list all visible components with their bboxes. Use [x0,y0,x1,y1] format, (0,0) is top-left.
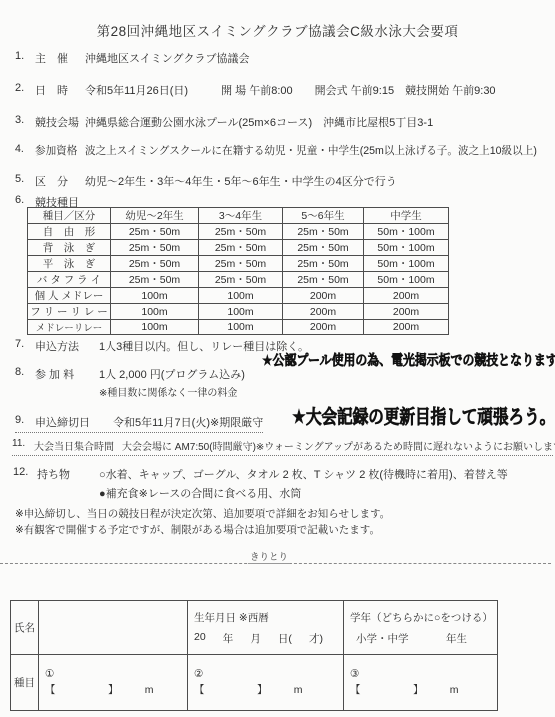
form-name-label: 氏名 [11,601,39,655]
event-distance: 25m・50m [111,272,199,288]
grade-year-label: 年生 [446,631,467,646]
item-number: 5. [15,173,35,189]
item-meeting-time: 11. 大会当日集合時間 大会会場に AM7:50(時間厳守)※ウォーミングアッ… [12,438,553,456]
item-number: 2. [15,82,35,98]
event-distance: 25m・50m [199,256,283,272]
item-entry-deadline: 9. 申込締切日 令和5年11月7日(火)※期限厳守 [15,410,263,433]
item-value: 大会会場に AM7:50(時間厳守)※ウォーミングアップがあるため時間に遅れない… [122,438,555,453]
event-distance: 200m [364,288,449,304]
item-host: 1. 主 催 沖縄地区スイミングクラブ協議会 [0,50,250,66]
event-distance: 25m・50m [111,224,199,240]
event-distance: 100m [199,288,283,304]
item-label: 参 加 料 [35,366,99,382]
form-event-slot-2: ② 【 】 m [188,655,344,711]
events-row-freestyle: 自 由 形 25m・50m 25m・50m 25m・50m 50m・100m [28,224,449,240]
events-header-cell: 3～4年生 [199,208,283,224]
star-note-certified-pool: ★公認プール使用の為、電光掲示板での競技となります。 [262,350,555,370]
event-name: フ リ ー リ レ ー [28,304,111,320]
item-label: 競技会場 [35,114,85,130]
item-value: 沖縄地区スイミングクラブ協議会 [85,50,250,66]
event-name: 自 由 形 [28,224,111,240]
form-row-events: 種目 ① 【 】 m ② 【 】 m ③ 【 】 m [11,655,498,711]
item-number: 12. [13,466,37,501]
events-header-cell: 幼児～2年生 [111,208,199,224]
events-row-breaststroke: 平 泳 ぎ 25m・50m 25m・50m 25m・50m 50m・100m [28,256,449,272]
event-distance: 50m・100m [364,240,449,256]
footnote-spectators: ※有観客で開催する予定ですが、制限がある場合は追加要項で記載いたます。 [15,522,380,537]
form-birth-fields: 20 年 月 日( 才) [194,631,337,646]
item-number: 3. [15,114,35,130]
event-distance: 25m・50m [283,240,364,256]
event-distance: 200m [283,304,364,320]
item-label: 申込締切日 [35,414,113,430]
event-distance: 100m [111,304,199,320]
event-distance: 100m [111,288,199,304]
item-number: 4. [15,143,35,158]
event-distance: 50m・100m [364,256,449,272]
events-row-medley-relay: メドレーリレー 100m 100m 200m 200m [28,320,449,335]
event-distance: 25m・50m [283,272,364,288]
item-label: 持ち物 [37,466,99,501]
event-distance: 25m・50m [283,224,364,240]
event-distance: 25m・50m [199,272,283,288]
item-number: 11. [12,438,34,453]
item-value: 幼児～2年生・3年～4年生・5年～6年生・中学生の4区分で行う [85,173,397,189]
form-row-identity: 氏名 生年月日 ※西暦 20 年 月 日( 才) 学年（どちらかに○をつける） … [11,601,498,655]
birth-month-label: 月 [250,631,261,646]
event-distance: 100m [199,304,283,320]
slot-bracket-line: 【 】 m [45,682,181,697]
birth-year-label: 年 [223,631,234,646]
form-birth-cell: 生年月日 ※西暦 20 年 月 日( 才) [188,601,344,655]
event-distance: 25m・50m [199,240,283,256]
item-label: 申込方法 [35,338,99,354]
event-distance: 100m [199,320,283,335]
entry-fee-note: ※種目数に関係なく一律の料金 [99,384,237,399]
belongings-line-2: ●補充食※レースの合間に食べる用、水筒 [99,485,508,501]
item-number: 1. [15,50,35,66]
events-row-individual-medley: 個 人 メドレー 100m 100m 200m 200m [28,288,449,304]
slot-number: ② [194,668,337,680]
event-distance: 25m・50m [111,256,199,272]
event-distance: 200m [283,288,364,304]
item-venue: 3. 競技会場 沖縄県総合運動公園水泳プール(25m×6コース) 沖縄市比屋根5… [0,114,433,130]
event-distance: 50m・100m [364,272,449,288]
item-label: 区 分 [35,173,85,189]
item-datetime: 2. 日 時 令和5年11月26日(日) 開 場 午前8:00 開会式 午前9:… [0,82,496,98]
event-name: 背 泳 ぎ [28,240,111,256]
item-number: 8. [15,366,35,382]
item-label: 日 時 [35,82,85,98]
item-label: 主 催 [35,50,85,66]
item-value: 1人 2,000 円(プログラム込み) [99,366,245,382]
events-header-row: 種目／区分 幼児～2年生 3～4年生 5～6年生 中学生 [28,208,449,224]
form-event-slot-1: ① 【 】 m [39,655,188,711]
slot-bracket-line: 【 】 m [194,682,337,697]
birth-day-label: 日( [278,631,292,646]
item-label: 参加資格 [35,143,85,158]
events-table: 種目／区分 幼児～2年生 3～4年生 5～6年生 中学生 自 由 形 25m・5… [27,207,449,335]
event-distance: 25m・50m [283,256,364,272]
item-label: 大会当日集合時間 [34,438,122,453]
belongings-lines: ○水着、キャップ、ゴーグル、タオル 2 枚、T シャツ 2 枚(待機時に着用)、… [99,466,508,501]
event-distance: 200m [283,320,364,335]
event-distance: 25m・50m [199,224,283,240]
event-distance: 100m [111,320,199,335]
form-event-slot-3: ③ 【 】 m [344,655,498,711]
item-eligibility: 4. 参加資格 波之上スイミングスクールに在籍する幼児・児童・中学生(25m以上… [0,143,537,158]
form-name-blank [39,601,188,655]
events-header-cell: 中学生 [364,208,449,224]
events-header-cell: 5～6年生 [283,208,364,224]
item-value: 令和5年11月7日(火)※期限厳守 [113,414,263,430]
event-distance: 50m・100m [364,224,449,240]
events-row-free-relay: フ リ ー リ レ ー 100m 100m 200m 200m [28,304,449,320]
birth-year-prefix: 20 [194,631,206,646]
item-value: 波之上スイミングスクールに在籍する幼児・児童・中学生(25m以上泳げる子。波之上… [85,143,537,158]
footnote-schedule: ※申込締切し、当日の競技日程が決定次第、追加要項で詳細をお知らせします。 [15,506,390,521]
events-header-cell: 種目／区分 [28,208,111,224]
form-grade-title: 学年（どちらかに○をつける） [350,610,491,625]
slot-number: ③ [350,668,491,680]
scanned-document: 第28回沖縄地区スイミングクラブ協議会C級水泳大会要項 1. 主 催 沖縄地区ス… [0,0,555,717]
events-row-backstroke: 背 泳 ぎ 25m・50m 25m・50m 25m・50m 50m・100m [28,240,449,256]
item-belongings: 12. 持ち物 ○水着、キャップ、ゴーグル、タオル 2 枚、T シャツ 2 枚(… [0,466,508,501]
item-value: 沖縄県総合運動公園水泳プール(25m×6コース) 沖縄市比屋根5丁目3-1 [85,114,433,130]
event-name: バ タ フ ラ イ [28,272,111,288]
item-number: 7. [15,338,35,354]
birth-age-label: 才) [309,631,323,646]
item-number: 9. [15,414,35,430]
deadline-line: 9. 申込締切日 令和5年11月7日(火)※期限厳守 [15,414,263,433]
form-grade-cell: 学年（どちらかに○をつける） 小学・中学 年生 [344,601,498,655]
event-name: メドレーリレー [28,320,111,335]
events-row-butterfly: バ タ フ ラ イ 25m・50m 25m・50m 25m・50m 50m・10… [28,272,449,288]
entry-form-table: 氏名 生年月日 ※西暦 20 年 月 日( 才) 学年（どちらかに○をつける） … [10,600,498,711]
event-name: 個 人 メドレー [28,288,111,304]
form-birth-title: 生年月日 ※西暦 [194,610,337,625]
form-grade-fields: 小学・中学 年生 [350,631,491,646]
event-name: 平 泳 ぎ [28,256,111,272]
event-distance: 200m [364,304,449,320]
belongings-line-1: ○水着、キャップ、ゴーグル、タオル 2 枚、T シャツ 2 枚(待機時に着用)、… [99,466,508,482]
item-divisions: 5. 区 分 幼児～2年生・3年～4年生・5年～6年生・中学生の4区分で行う [0,173,397,189]
event-distance: 200m [364,320,449,335]
slot-number: ① [45,668,181,680]
item-value: 令和5年11月26日(日) 開 場 午前8:00 開会式 午前9:15 競技開始… [85,82,496,98]
grade-school-options: 小学・中学 [356,631,409,646]
event-distance: 25m・50m [111,240,199,256]
cut-label: きりとり [248,549,290,564]
doc-title: 第28回沖縄地区スイミングクラブ協議会C級水泳大会要項 [0,20,555,40]
item-entry-fee: 8. 参 加 料 1人 2,000 円(プログラム込み) [0,366,245,382]
form-event-label: 種目 [11,655,39,711]
star-note-record: ★大会記録の更新目指して頑張ろう。 [292,402,555,429]
slot-bracket-line: 【 】 m [350,682,491,697]
